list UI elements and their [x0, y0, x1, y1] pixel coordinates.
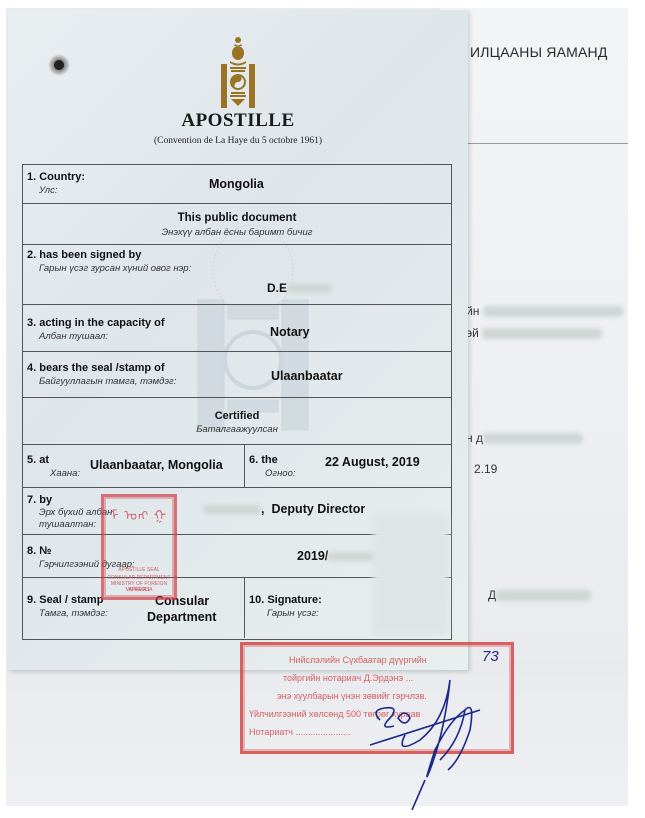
field-capacity: 3. acting in the capacity of Албан тушаа…	[23, 305, 451, 352]
redacted-text	[482, 328, 602, 339]
field-value: Mongolia	[209, 177, 264, 191]
soyombo-emblem-icon	[213, 34, 263, 114]
handwritten-signature-icon	[350, 660, 500, 810]
underlying-line: йн	[466, 304, 623, 318]
redacted-text	[203, 505, 261, 514]
field-label: 9. Seal / stamp	[27, 594, 103, 606]
field-label: This public document	[23, 212, 451, 224]
punch-hole	[48, 54, 70, 76]
document-title: APOSTILLE	[8, 110, 468, 132]
field-value: D.E	[267, 281, 332, 295]
apostille-certificate: APOSTILLE (Convention de La Haye du 5 oc…	[8, 10, 468, 670]
field-sublabel: Гарын үсэг зурсан хүний овог нэр:	[39, 263, 191, 274]
field-value: Ulaanbaatar, Mongolia	[90, 458, 223, 472]
field-sublabel: Улс:	[39, 185, 58, 196]
field-sublabel: Байгууллагын тамга, тэмдэг:	[39, 376, 176, 387]
apostille-red-seal: ᠮ ᠣ ᠩ ᠭ APOSTILLE SEAL CONSULAR DEPARTME…	[101, 494, 177, 600]
field-sublabel: Албан тушаал:	[39, 331, 108, 342]
field-value: Department	[147, 610, 216, 624]
field-signed-by: 2. has been signed by Гарын үсэг зурсан …	[23, 245, 451, 305]
field-label: 7. by	[27, 494, 52, 506]
field-sublabel: Энэхүү албан ёсны баримт бичиг	[23, 227, 451, 238]
field-sublabel: Тамга, тэмдэг:	[39, 608, 108, 619]
field-sublabel: тушаалтан:	[39, 519, 96, 530]
underlying-line: 2.19	[474, 462, 497, 476]
field-sublabel: Огноо:	[265, 468, 296, 479]
seal-text: APOSTILLE SEAL	[104, 567, 174, 573]
apostille-fields-table: 1. Country: Улс: Mongolia This public do…	[22, 164, 452, 640]
column-divider	[244, 445, 245, 487]
field-label: 2. has been signed by	[27, 249, 141, 261]
field-label: Certified	[23, 410, 451, 422]
redacted-signature	[373, 515, 448, 635]
stamp-line: Нотариатч ......................	[249, 727, 351, 737]
field-sublabel: Гарын үсэг:	[267, 608, 319, 619]
underlying-document-heading: ИЛЦААНЫ ЯАМАНД	[470, 44, 608, 60]
field-label: 10. Signature:	[249, 594, 322, 606]
field-place-date: 5. at Хаана: Ulaanbaatar, Mongolia 6. th…	[23, 445, 451, 488]
redacted-text	[483, 306, 623, 317]
field-value: , Deputy Director	[203, 502, 365, 516]
column-divider	[244, 578, 245, 638]
field-public-document: This public document Энэхүү албан ёсны б…	[23, 204, 451, 245]
field-sublabel: Баталгаажуулсан	[23, 424, 451, 435]
field-country: 1. Country: Улс: Mongolia	[23, 165, 451, 204]
field-label: 5. at	[27, 454, 49, 466]
field-label: 3. acting in the capacity of	[27, 317, 165, 329]
field-label: 8. №	[27, 545, 52, 557]
redacted-text	[483, 433, 583, 444]
redacted-text	[496, 590, 591, 601]
field-label: 6. the	[249, 454, 278, 466]
field-label: 4. bears the seal /stamp of	[27, 362, 165, 374]
field-label: 1. Country:	[27, 171, 85, 183]
field-value: Ulaanbaatar	[271, 369, 343, 383]
field-value: 22 August, 2019	[325, 455, 420, 469]
field-seal-of: 4. bears the seal /stamp of Байгууллагын…	[23, 352, 451, 398]
underlying-line: Д	[488, 588, 591, 602]
redacted-text	[287, 284, 332, 293]
field-certified: Certified Баталгаажуулсан	[23, 398, 451, 445]
underlying-document-rule	[460, 143, 628, 144]
document-subtitle: (Convention de La Haye du 5 octobre 1961…	[8, 136, 468, 146]
field-sublabel: Хаана:	[50, 468, 80, 479]
underlying-line: н д	[466, 431, 583, 445]
field-value: Notary	[270, 325, 310, 339]
underlying-line: эй	[466, 326, 602, 340]
seal-text: MONGOLIA	[104, 587, 174, 593]
